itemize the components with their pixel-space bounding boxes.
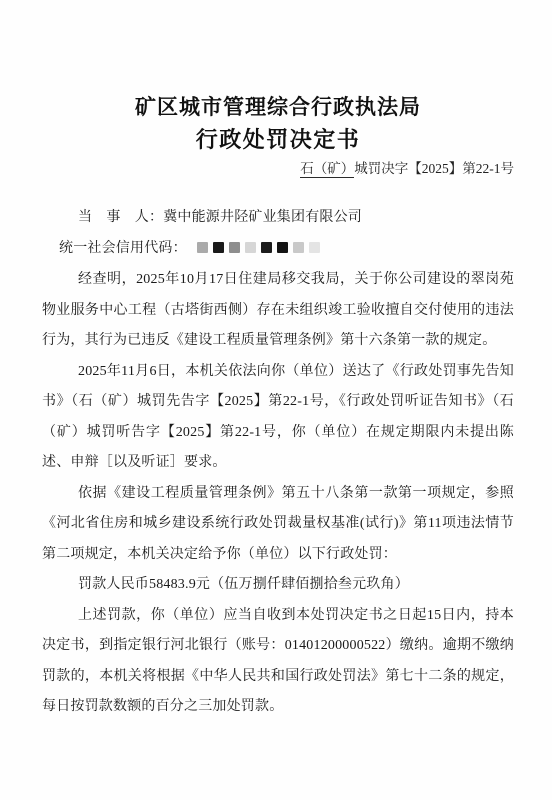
document-header: 矿区城市管理综合行政执法局 行政处罚决定书 — [42, 0, 514, 155]
paragraph-payment-instructions: 上述罚款，你（单位）应当自收到本处罚决定书之日起15日内，持本决定书，到指定银行… — [42, 601, 514, 723]
doc-number-rest: 城罚决字【2025】第22-1号 — [354, 161, 514, 176]
paragraph-notification: 2025年11月6日，本机关依法向你（单位）送达了《行政处罚事先告知书》（石（矿… — [42, 357, 514, 479]
redaction-block — [197, 242, 208, 253]
credit-code-line: 统一社会信用代码： — [42, 234, 514, 266]
redaction-block — [213, 242, 224, 253]
document-subtitle: 行政处罚决定书 — [42, 125, 514, 155]
paragraph-legal-basis: 依据《建设工程质量管理条例》第五十八条第一款第一项规定，参照《河北省住房和城乡建… — [42, 479, 514, 571]
redaction-block — [261, 242, 272, 253]
credit-code-label: 统一社会信用代码： — [59, 241, 187, 256]
penalty-amount-line: 罚款人民币58483.9元（伍万捌仟肆佰捌拾叁元玖角） — [42, 570, 514, 601]
redaction-block — [277, 242, 288, 253]
party-label: 当 事 人： — [78, 210, 163, 225]
party-name: 冀中能源井陉矿业集团有限公司 — [163, 210, 362, 225]
party-line: 当 事 人：冀中能源井陉矿业集团有限公司 — [42, 203, 514, 234]
doc-number-line: 石（矿）城罚决字【2025】第22-1号 — [42, 159, 514, 179]
penalty-decision-page: 矿区城市管理综合行政执法局 行政处罚决定书 石（矿）城罚决字【2025】第22-… — [0, 0, 552, 800]
doc-number-underlined: 石（矿） — [300, 161, 354, 178]
paragraph-findings: 经查明，2025年10月17日住建局移交我局，关于你公司建设的翠岗苑物业服务中心… — [42, 265, 514, 357]
redaction-block — [293, 242, 304, 253]
document-body: 当 事 人：冀中能源井陉矿业集团有限公司 统一社会信用代码： 经查明，2025年… — [42, 203, 514, 723]
credit-code-redaction — [197, 235, 325, 266]
redaction-block — [309, 242, 320, 253]
redaction-block — [245, 242, 256, 253]
redaction-block — [229, 242, 240, 253]
document-title: 矿区城市管理综合行政执法局 — [42, 92, 514, 122]
